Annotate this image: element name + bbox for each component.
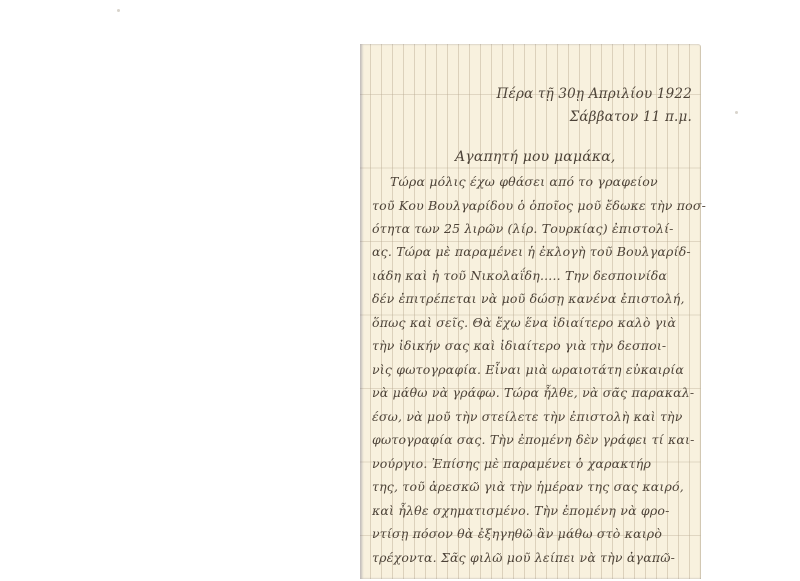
letter-line: φωτογραφία σας. Τὴν ἐπομένη δὲν γράφει τ…	[372, 432, 695, 447]
letter-line: τρέχοντα. Σᾶς φιλῶ μοῦ λείπει νὰ τὴν ἀγα…	[372, 550, 675, 565]
letter-line: έσω, νὰ μοῦ τὴν στείλετε τὴν ἐπιστολὴ κα…	[372, 409, 683, 424]
speck	[735, 111, 738, 114]
letter-salutation: Αγαπητή μου μαμάκα,	[455, 149, 616, 165]
letter-line: καὶ ἦλθε σχηματισμένο. Τὴν ἐπομένη νὰ φρ…	[372, 503, 670, 518]
letter-day-time: Σάββατον 11 π.μ.	[570, 109, 692, 125]
letter-line: ντίσῃ πόσον θὰ ἐξηγηθῶ ἂν μάθω στὸ καιρὸ	[372, 526, 662, 541]
letter-line: νὶς φωτογραφία. Εἶναι μιὰ ωραιοτάτη εὐκα…	[372, 362, 684, 377]
letter-line: νὰ μάθω νὰ γράφω. Τώρα ἦλθε, νὰ σᾶς παρα…	[372, 385, 694, 400]
letter-place-date: Πέρα τῇ 30ῃ Απριλίου 1922	[497, 86, 692, 102]
letter-line: της, τοῦ ἀρεσκῶ γιὰ τὴν ἡμέραν της σας κ…	[372, 479, 684, 494]
letter-line: τοῦ Κου Βουλγαρίδου ὁ ὁποῖος μοῦ ἔδωκε τ…	[372, 198, 706, 213]
letter-line: ότητα των 25 λιρῶν (λίρ. Τουρκίας) ἐπιστ…	[372, 221, 674, 236]
letter-line: δέν ἐπιτρέπεται νὰ μοῦ δώσῃ κανένα ἐπιστ…	[372, 291, 685, 306]
letter-line: τὴν ἰδικήν σας καὶ ἰδιαίτερο γιὰ τὴν δεσ…	[372, 338, 666, 353]
letter-line: ας. Τώρα μὲ παραμένει ἡ ἐκλογὴ τοῦ Βουλγ…	[372, 244, 691, 259]
scan-canvas: Πέρα τῇ 30ῃ Απριλίου 1922 Σάββατον 11 π.…	[0, 0, 800, 581]
letter-line: ιάδη καὶ ἡ τοῦ Νικολαΐδη..... Την δεσποι…	[372, 268, 667, 283]
speck	[117, 9, 120, 12]
letter-line: νούργιο. Ἐπίσης μὲ παραμένει ὁ χαρακτήρ	[372, 456, 651, 471]
letter-line: ὅπως καὶ σεῖς. Θὰ ἔχω ἕνα ἰδιαίτερο καλὸ…	[372, 315, 676, 330]
letter-line: Τώρα μόλις έχω φθάσει από το γραφείον	[390, 174, 658, 189]
